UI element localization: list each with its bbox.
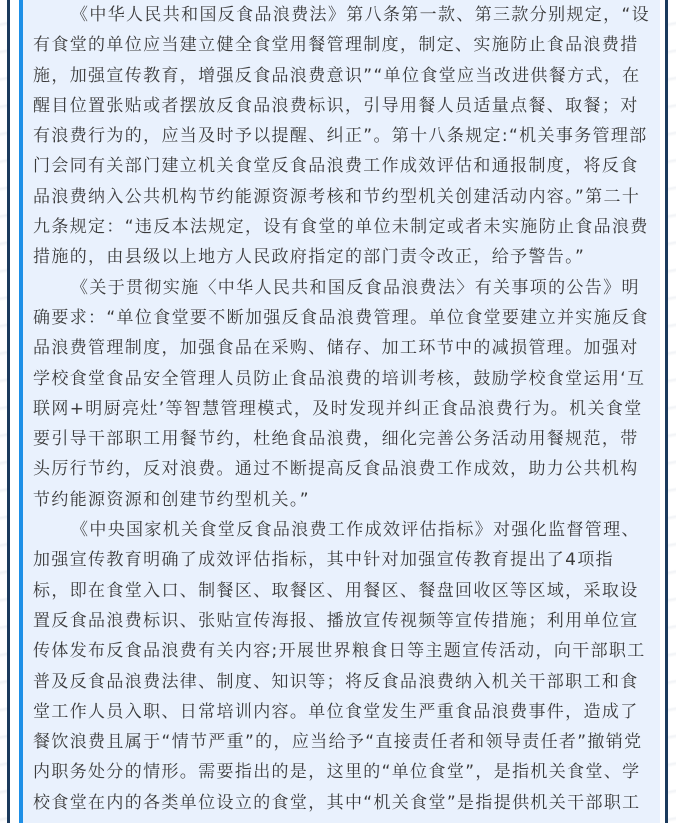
text-line: 有食堂的单位应当建立健全食堂用餐管理制度，制定、实施防止食品浪费措 [33,30,660,60]
text-line: 节约能源资源和创建节约型机关。” [33,485,660,515]
text-line: 校食堂在内的各类单位设立的食堂，其中“机关食堂”是指提供机关干部职工 [33,788,660,818]
text-line: 内职务处分的情形。需要指出的是，这里的“单位食堂”，是指机关食堂、学 [33,757,660,787]
text-line: 施，加强宣传教育，增强反食品浪费意识”“单位食堂应当改进供餐方式，在 [33,61,660,91]
paragraph-announcement: 《关于贯彻实施〈中华人民共和国反食品浪费法〉有关事项的公告》明 确要求：“单位食… [33,273,660,515]
text-line: 《中央国家机关食堂反食品浪费工作成效评估指标》对强化监督管理、 [33,515,660,545]
text-line: 《中华人民共和国反食品浪费法》第八条第一款、第三款分别规定，“设 [33,0,660,30]
text-line: 传体发布反食品浪费有关内容;开展世界粮食日等主题宣传活动，向干部职工 [33,636,660,666]
article-panel: 《中华人民共和国反食品浪费法》第八条第一款、第三款分别规定，“设 有食堂的单位应… [19,0,660,823]
text-line: 有浪费行为的，应当及时予以提醒、纠正”。第十八条规定:“机关事务管理部 [33,121,660,151]
text-line: 普及反食品浪费法律、制度、知识等；将反食品浪费纳入机关干部职工和食 [33,667,660,697]
paragraph-law-articles: 《中华人民共和国反食品浪费法》第八条第一款、第三款分别规定，“设 有食堂的单位应… [33,0,660,273]
article-body: 《中华人民共和国反食品浪费法》第八条第一款、第三款分别规定，“设 有食堂的单位应… [33,0,660,818]
text-line: 餐饮浪费且属于“情节严重”的，应当给予“直接责任者和领导责任者”撤销党 [33,727,660,757]
text-line: 措施的，由县级以上地方人民政府指定的部门责令改正，给予警告。” [33,242,660,272]
text-line: 要引导干部职工用餐节约，杜绝食品浪费，细化完善公务活动用餐规范，带 [33,424,660,454]
text-line: 醒目位置张贴或者摆放反食品浪费标识，引导用餐人员适量点餐、取餐；对 [33,91,660,121]
right-decorative-pattern [668,0,676,823]
text-line: 置反食品浪费标识、张贴宣传海报、播放宣传视频等宣传措施；利用单位宣 [33,606,660,636]
text-line: 联网+明厨亮灶’等智慧管理模式，及时发现并纠正食品浪费行为。机关食堂 [33,394,660,424]
text-line: 品浪费纳入公共机构节约能源资源考核和节约型机关创建活动内容。”第二十 [33,182,660,212]
text-line: 《关于贯彻实施〈中华人民共和国反食品浪费法〉有关事项的公告》明 [33,273,660,303]
left-frame-border [7,0,10,823]
text-line: 加强宣传教育明确了成效评估指标，其中针对加强宣传教育提出了4项指 [33,545,660,575]
text-line: 学校食堂食品安全管理人员防止食品浪费的培训考核，鼓励学校食堂运用‘互 [33,364,660,394]
left-decorative-pattern [0,0,7,823]
text-line: 九条规定：“违反本法规定，设有食堂的单位未制定或者未实施防止食品浪费 [33,212,660,242]
text-line: 头厉行节约，反对浪费。通过不断提高反食品浪费工作成效，助力公共机构 [33,454,660,484]
text-line: 标，即在食堂入口、制餐区、取餐区、用餐区、餐盘回收区等区域，采取设 [33,576,660,606]
paragraph-evaluation-indicators: 《中央国家机关食堂反食品浪费工作成效评估指标》对强化监督管理、 加强宣传教育明确… [33,515,660,818]
text-line: 门会同有关部门建立机关食堂反食品浪费工作成效评估和通报制度，将反食 [33,151,660,181]
text-line: 确要求：“单位食堂要不断加强反食品浪费管理。单位食堂要建立并实施反食 [33,303,660,333]
text-line: 堂工作人员入职、日常培训内容。单位食堂发生严重食品浪费事件，造成了 [33,697,660,727]
text-line: 品浪费管理制度，加强食品在采购、储存、加工环节中的减损管理。加强对 [33,333,660,363]
